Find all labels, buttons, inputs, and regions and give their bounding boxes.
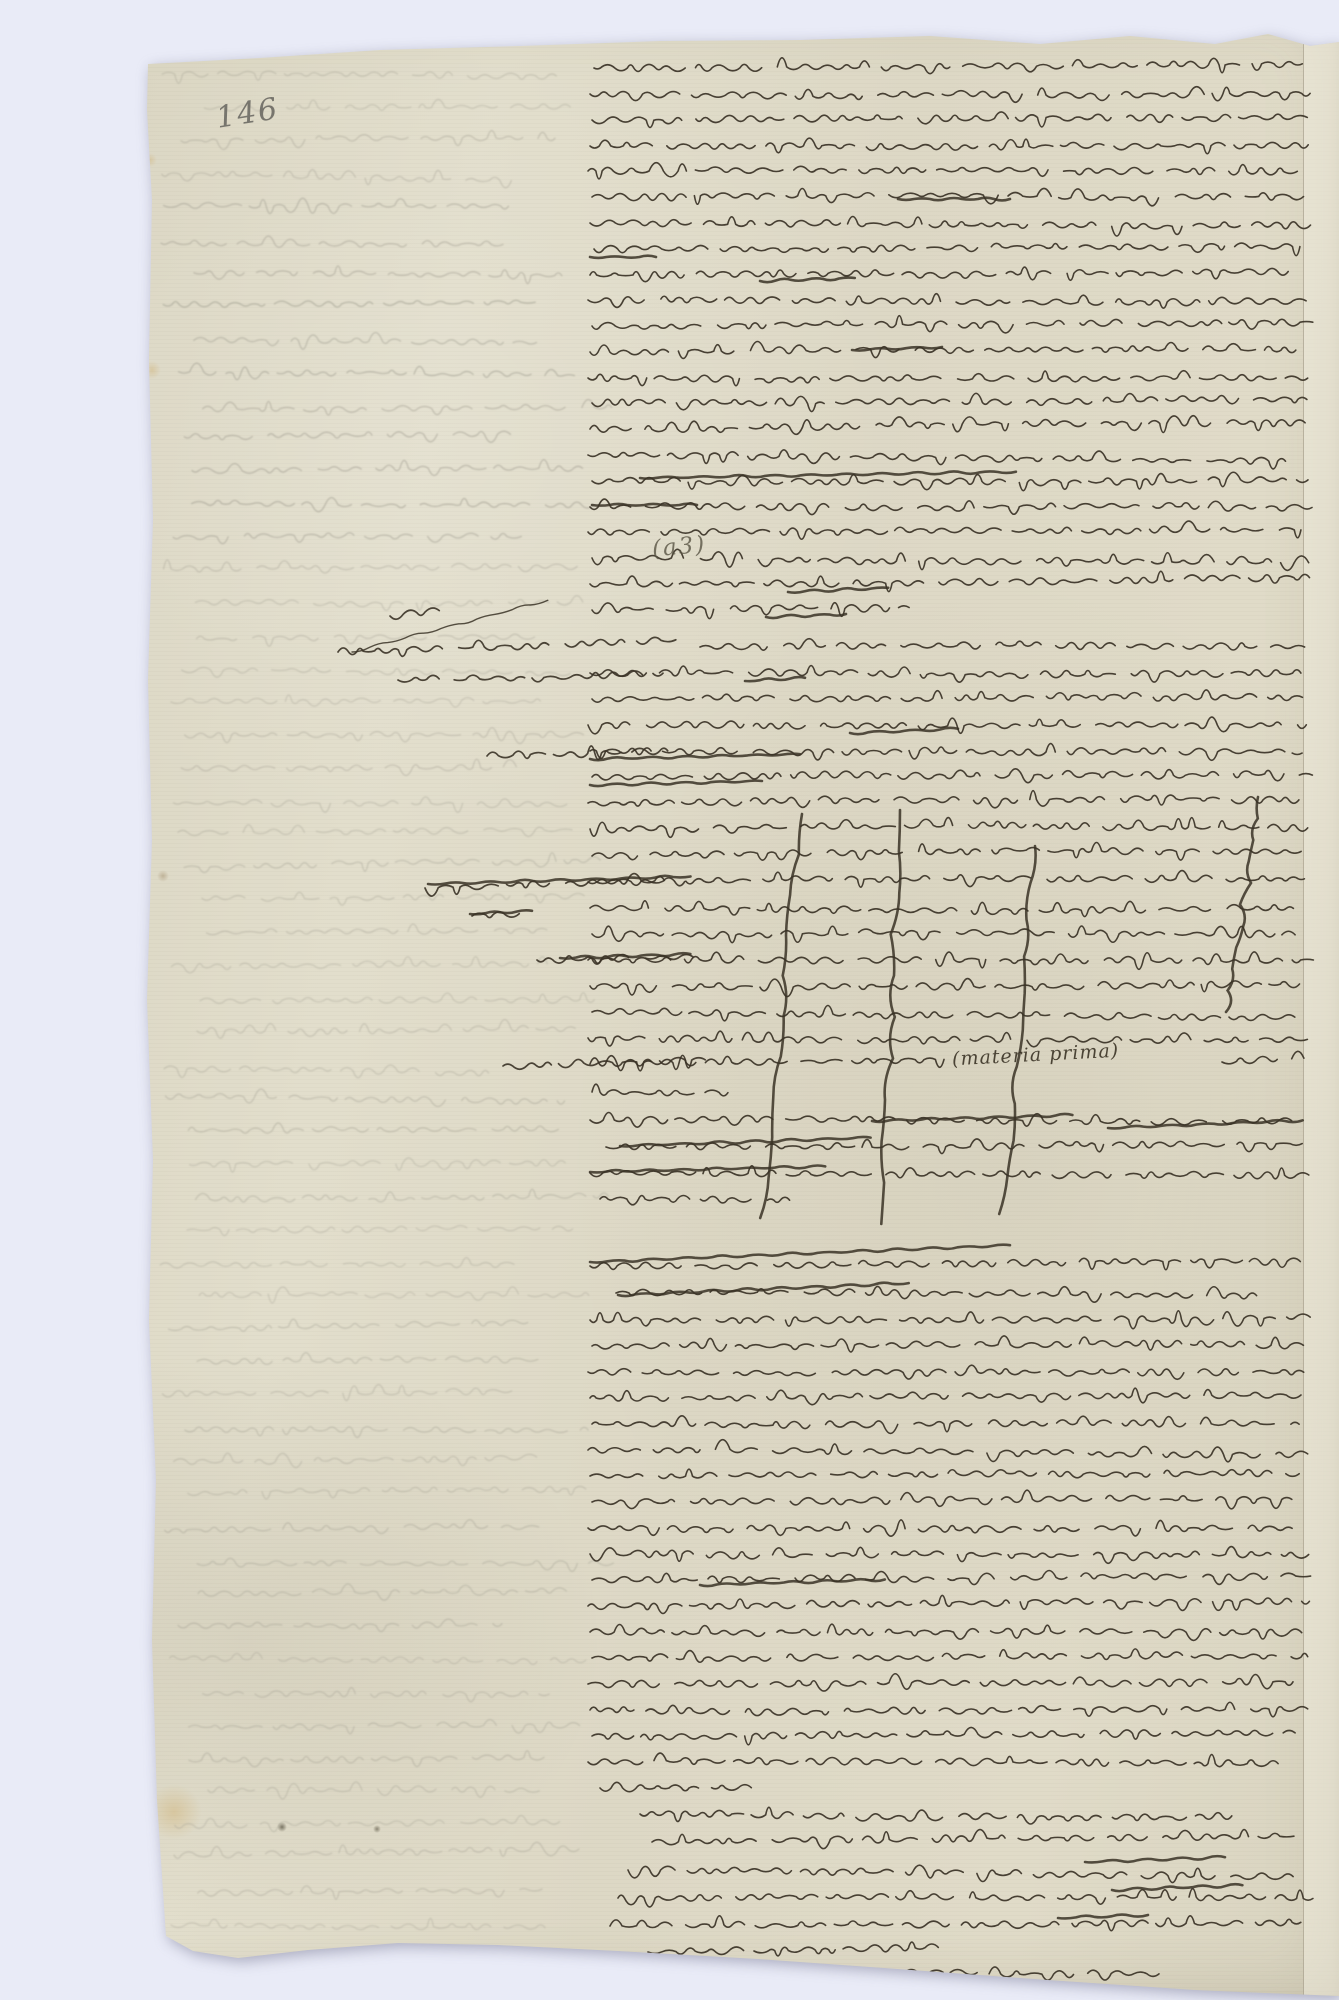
strikethrough-layer	[352, 198, 1303, 1919]
handwriting-stroke	[588, 1440, 1308, 1462]
handwriting-stroke	[192, 460, 583, 476]
handwriting-stroke	[560, 953, 690, 958]
scan-background: 146 (a3) (materia prima)	[0, 0, 1339, 2000]
handwriting-stroke	[592, 926, 1295, 943]
handwriting-stroke	[1112, 1884, 1242, 1891]
handwriting-stroke	[618, 1889, 1313, 1907]
handwriting-stroke	[590, 267, 1288, 282]
handwriting-stroke	[203, 1688, 550, 1702]
handwriting-stroke	[590, 1245, 1010, 1263]
handwriting-stroke	[872, 1114, 1072, 1122]
handwriting-stroke	[194, 266, 562, 284]
handwriting-stroke	[197, 1020, 575, 1039]
cancellation-lines-layer	[760, 797, 1258, 1224]
handwriting-stroke	[590, 256, 656, 258]
handwriting-stroke	[590, 901, 1293, 917]
handwriting-stroke	[428, 876, 691, 885]
handwriting-stroke	[592, 1490, 1292, 1509]
handwriting-stroke	[163, 300, 535, 307]
handwriting-stroke	[398, 671, 663, 682]
handwriting-stroke	[352, 600, 548, 652]
handwriting-stroke	[194, 333, 537, 350]
handwriting-stroke	[170, 1653, 586, 1665]
handwriting-stroke	[173, 533, 521, 544]
handwriting-stroke	[425, 874, 685, 897]
handwriting-layer	[0, 0, 1339, 2000]
handwriting-stroke	[588, 450, 1286, 469]
handwriting-stroke	[181, 131, 555, 150]
handwriting-stroke	[590, 1469, 1299, 1478]
handwriting-stroke	[618, 1283, 909, 1296]
handwriting-stroke	[588, 1365, 1304, 1379]
main-text-layer	[588, 58, 1313, 1980]
handwriting-stroke	[171, 957, 547, 973]
handwriting-stroke	[594, 243, 1300, 256]
handwriting-stroke	[788, 588, 888, 593]
handwriting-stroke	[592, 1416, 1299, 1434]
handwriting-stroke	[197, 1558, 613, 1571]
handwriting-stroke	[171, 1918, 545, 1929]
handwriting-stroke	[1058, 1915, 1148, 1919]
paper-wrapper: 146 (a3) (materia prima)	[0, 0, 1339, 2000]
handwriting-stroke	[592, 1084, 728, 1096]
handwriting-stroke	[592, 472, 1308, 490]
handwriting-stroke	[588, 371, 1308, 386]
handwriting-stroke	[590, 1311, 1310, 1329]
handwriting-stroke	[590, 1166, 1309, 1179]
handwriting-stroke	[592, 112, 1307, 127]
handwriting-stroke	[590, 1388, 1301, 1405]
handwriting-stroke	[189, 1720, 580, 1734]
handwriting-stroke	[199, 1287, 589, 1303]
handwriting-stroke	[174, 797, 567, 812]
handwriting-stroke	[592, 690, 1302, 702]
handwriting-stroke	[590, 87, 1310, 103]
handwriting-stroke	[166, 1089, 565, 1106]
handwriting-stroke	[192, 498, 593, 512]
handwriting-stroke	[588, 871, 1304, 888]
handwriting-stroke	[648, 1942, 938, 1956]
handwriting-stroke	[171, 695, 540, 707]
handwriting-stroke	[760, 278, 855, 283]
handwriting-stroke	[590, 138, 1308, 154]
handwriting-stroke	[184, 431, 510, 442]
handwriting-stroke	[202, 892, 584, 905]
handwriting-stroke	[590, 818, 1308, 838]
handwriting-stroke	[162, 170, 511, 188]
handwriting-stroke	[174, 1842, 579, 1858]
handwriting-stroke	[590, 666, 1301, 683]
handwriting-stroke	[600, 1782, 751, 1791]
handwriting-stroke	[175, 1816, 560, 1832]
handwriting-stroke	[592, 603, 909, 619]
handwriting-stroke	[999, 846, 1035, 1214]
handwriting-stroke	[588, 163, 1297, 179]
handwriting-stroke	[203, 400, 612, 416]
handwriting-stroke	[185, 1427, 588, 1438]
handwriting-stroke	[179, 363, 575, 380]
handwriting-stroke	[592, 843, 1301, 861]
handwriting-stroke	[188, 1486, 586, 1499]
handwriting-stroke	[898, 198, 1010, 201]
handwriting-stroke	[196, 1189, 608, 1202]
handwriting-stroke	[881, 810, 900, 1224]
handwriting-stroke	[184, 853, 600, 873]
handwriting-stroke	[745, 677, 805, 681]
handwriting-stroke	[592, 1006, 1295, 1021]
handwriting-stroke	[1085, 1856, 1225, 1862]
handwriting-stroke	[700, 639, 1305, 651]
handwriting-stroke	[590, 754, 800, 761]
handwriting-stroke	[181, 759, 516, 775]
handwriting-stroke	[198, 1886, 542, 1899]
handwriting-stroke	[198, 1584, 566, 1600]
section-mark: (a3)	[651, 532, 707, 563]
handwriting-stroke	[592, 1336, 1303, 1352]
handwriting-stroke	[590, 342, 1296, 359]
handwriting-stroke	[174, 1453, 537, 1467]
handwriting-stroke	[187, 1226, 573, 1236]
handwriting-stroke	[195, 596, 582, 611]
handwriting-stroke	[200, 993, 594, 1004]
handwriting-stroke	[164, 1065, 488, 1078]
handwriting-stroke	[590, 416, 1305, 435]
handwriting-stroke	[640, 1807, 1232, 1824]
handwriting-stroke	[185, 728, 584, 744]
handwriting-stroke	[592, 316, 1313, 333]
handwriting-stroke	[592, 1570, 1311, 1584]
handwriting-stroke	[588, 1674, 1293, 1691]
handwriting-stroke	[594, 58, 1302, 74]
handwriting-stroke	[207, 924, 547, 935]
handwriting-stroke	[850, 728, 958, 734]
handwriting-stroke	[592, 188, 1304, 205]
handwriting-stroke	[338, 637, 676, 656]
handwriting-stroke	[588, 294, 1306, 309]
handwriting-stroke	[178, 1619, 502, 1631]
manuscript-page: 146 (a3) (materia prima)	[0, 0, 1339, 2000]
handwriting-stroke	[590, 1165, 825, 1172]
handwriting-stroke	[169, 1319, 528, 1331]
handwriting-stroke	[470, 910, 532, 914]
handwriting-stroke	[588, 791, 1299, 808]
handwriting-stroke	[182, 667, 571, 677]
handwriting-stroke	[588, 1520, 1292, 1536]
handwriting-stroke	[190, 1158, 565, 1172]
handwriting-stroke	[164, 198, 509, 213]
handwriting-stroke	[610, 1916, 1301, 1931]
handwriting-stroke	[1222, 1051, 1304, 1063]
handwriting-stroke	[588, 952, 1313, 969]
handwriting-stroke	[188, 1123, 558, 1133]
handwriting-stroke	[590, 1258, 1300, 1270]
handwriting-stroke	[160, 1258, 514, 1268]
handwriting-stroke	[164, 560, 578, 573]
handwriting-stroke	[606, 1139, 1302, 1154]
bleedthrough-text-layer	[160, 71, 613, 1930]
handwriting-stroke	[588, 717, 1306, 734]
handwriting-stroke	[165, 1520, 539, 1534]
handwriting-stroke	[588, 1753, 1278, 1767]
handwriting-stroke	[592, 393, 1307, 411]
handwriting-stroke	[162, 1385, 511, 1401]
handwriting-stroke	[590, 499, 1312, 515]
handwriting-stroke	[652, 1830, 1294, 1849]
handwriting-stroke	[590, 1702, 1308, 1717]
handwriting-stroke	[590, 1547, 1309, 1564]
handwriting-stroke	[700, 1579, 885, 1586]
handwriting-stroke	[628, 1865, 1293, 1882]
handwriting-stroke	[161, 236, 503, 247]
handwriting-stroke	[588, 1031, 1307, 1047]
handwriting-stroke	[766, 614, 846, 618]
handwriting-stroke	[592, 769, 1312, 783]
handwriting-stroke	[197, 1353, 538, 1365]
handwriting-stroke	[588, 1595, 1309, 1613]
handwriting-stroke	[600, 1196, 790, 1205]
handwriting-stroke	[592, 504, 697, 506]
handwriting-stroke	[208, 1782, 539, 1799]
handwriting-stroke	[592, 1727, 1295, 1744]
handwriting-stroke	[390, 608, 439, 619]
handwriting-stroke	[590, 781, 762, 786]
handwriting-stroke	[590, 217, 1311, 236]
handwriting-stroke	[590, 571, 1309, 591]
handwriting-stroke	[592, 1649, 1308, 1662]
handwriting-stroke	[189, 1751, 544, 1767]
handwriting-stroke	[590, 1624, 1302, 1640]
handwriting-stroke	[178, 825, 572, 837]
handwriting-stroke	[162, 71, 556, 83]
handwriting-stroke	[590, 979, 1300, 997]
handwriting-stroke	[905, 1967, 1159, 1980]
